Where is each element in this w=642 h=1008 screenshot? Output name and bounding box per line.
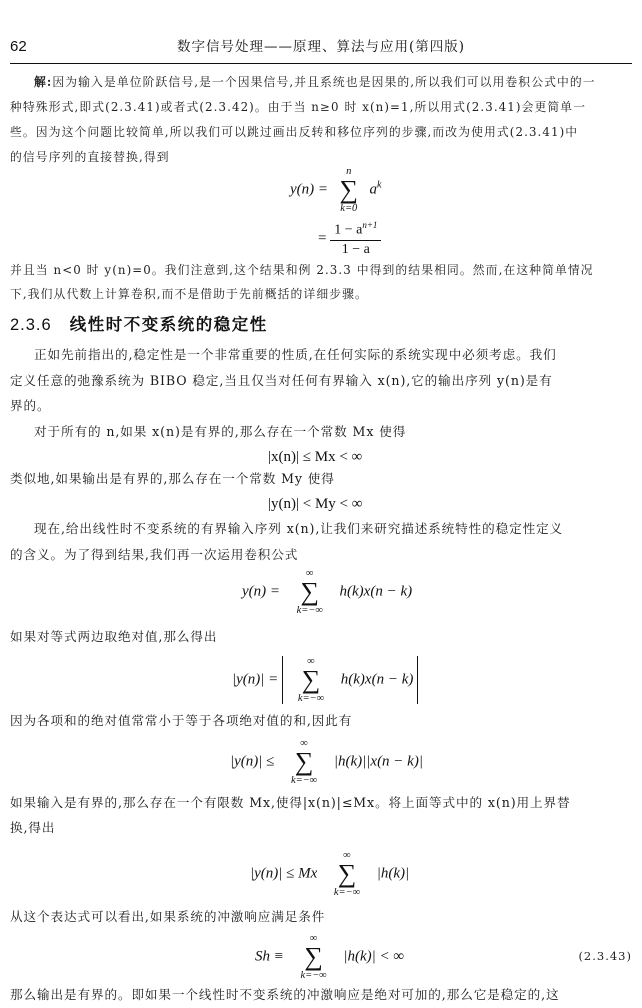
p5-line: 如果对等式两边取绝对值,那么得出 — [10, 626, 634, 648]
section-heading: 2.3.6线性时不变系统的稳定性 — [10, 312, 268, 338]
document-page: 62 数字信号处理——原理、算法与应用(第四版) 解:因为输入是单位阶跃信号,是… — [0, 0, 642, 1008]
solution-line-3: 些。因为这个问题比较简单,所以我们可以跳过画出反转和移位序列的步骤,而改为使用式… — [10, 121, 634, 143]
equation-absolute-summability: Sh ≡ ∞ ∑ k=−∞ |h(k)| < ∞ — [255, 933, 404, 981]
equation-triangle-inequality: |y(n)| ≤ ∞ ∑ k=−∞ |h(k)||x(n − k)| — [230, 738, 423, 786]
summation-symbol: n ∑ k=0 — [332, 166, 366, 214]
equation-output-bound: |y(n)| ≤ Mx ∞ ∑ k=−∞ |h(k)| — [250, 850, 409, 898]
absolute-bars: ∞ ∑ k=−∞ h(k)x(n − k) — [282, 656, 418, 704]
p6-line: 因为各项和的绝对值常常小于等于各项绝对值的和,因此有 — [10, 710, 634, 732]
p1-line-3: 界的。 — [10, 395, 634, 417]
equation-closed-form: = 1 − an+1 1 − a — [318, 220, 381, 258]
p1-line-1: 正如先前指出的,稳定性是一个非常重要的性质,在任何实际的系统实现中必须考虑。我们 — [34, 344, 634, 366]
solution-line-2: 种特殊形式,即式(2.3.41)或者式(2.3.42)。由于当 n≥0 时 x(… — [10, 96, 634, 118]
after-line-2: 下,我们从代数上计算卷积,而不是借助于先前概括的详细步骤。 — [10, 283, 634, 305]
p7-line-1: 如果输入是有界的,那么存在一个有限数 Mx,使得|x(n)|≤Mx。将上面等式中… — [10, 792, 634, 814]
summation-symbol: ∞ ∑ k=−∞ — [285, 656, 337, 704]
equation-geometric-sum: y(n) = n ∑ k=0 ak — [290, 166, 381, 214]
equation-bounded-output: |y(n)| < My < ∞ — [268, 496, 362, 513]
p7-line-2: 换,得出 — [10, 817, 634, 839]
equation-bounded-input: |x(n)| ≤ Mx < ∞ — [268, 449, 362, 466]
running-header: 62 数字信号处理——原理、算法与应用(第四版) — [10, 35, 632, 59]
equation-convolution: y(n) = ∞ ∑ k=−∞ h(k)x(n − k) — [242, 568, 412, 616]
section-title: 线性时不变系统的稳定性 — [70, 315, 268, 334]
solution-line-1: 解:因为输入是单位阶跃信号,是一个因果信号,并且系统也是因果的,所以我们可以用卷… — [34, 71, 634, 93]
header-rule — [10, 63, 632, 64]
p9-line: 那么输出是有界的。即如果一个线性时不变系统的冲激响应是绝对可加的,那么它是稳定的… — [10, 984, 634, 1006]
p4-line-1: 现在,给出线性时不变系统的有界输入序列 x(n),让我们来研究描述系统特性的稳定… — [34, 518, 634, 540]
section-number: 2.3.6 — [10, 316, 52, 334]
solution-line-4: 的信号序列的直接替换,得到 — [10, 146, 634, 168]
solution-lead: 解: — [34, 75, 52, 89]
p3-line: 类似地,如果输出是有界的,那么存在一个常数 My 使得 — [10, 468, 634, 490]
summation-symbol: ∞ ∑ k=−∞ — [278, 738, 330, 786]
summation-symbol: ∞ ∑ k=−∞ — [288, 933, 340, 981]
p2-line: 对于所有的 n,如果 x(n)是有界的,那么存在一个常数 Mx 使得 — [34, 421, 634, 443]
equation-absolute-value: |y(n)| = ∞ ∑ k=−∞ h(k)x(n − k) — [232, 656, 418, 704]
after-line-1: 并且当 n<0 时 y(n)=0。我们注意到,这个结果和例 2.3.3 中得到的… — [10, 259, 634, 281]
p8-line: 从这个表达式可以看出,如果系统的冲激响应满足条件 — [10, 906, 634, 928]
p4-line-2: 的含义。为了得到结果,我们再一次运用卷积公式 — [10, 544, 634, 566]
summation-symbol: ∞ ∑ k=−∞ — [284, 568, 336, 616]
equation-number: (2.3.43) — [578, 949, 632, 963]
fraction: 1 − an+1 1 − a — [330, 220, 381, 258]
summation-symbol: ∞ ∑ k=−∞ — [321, 850, 373, 898]
p1-line-2: 定义任意的弛豫系统为 BIBO 稳定,当且仅当对任何有界输入 x(n),它的输出… — [10, 370, 634, 392]
book-title: 数字信号处理——原理、算法与应用(第四版) — [10, 35, 632, 59]
